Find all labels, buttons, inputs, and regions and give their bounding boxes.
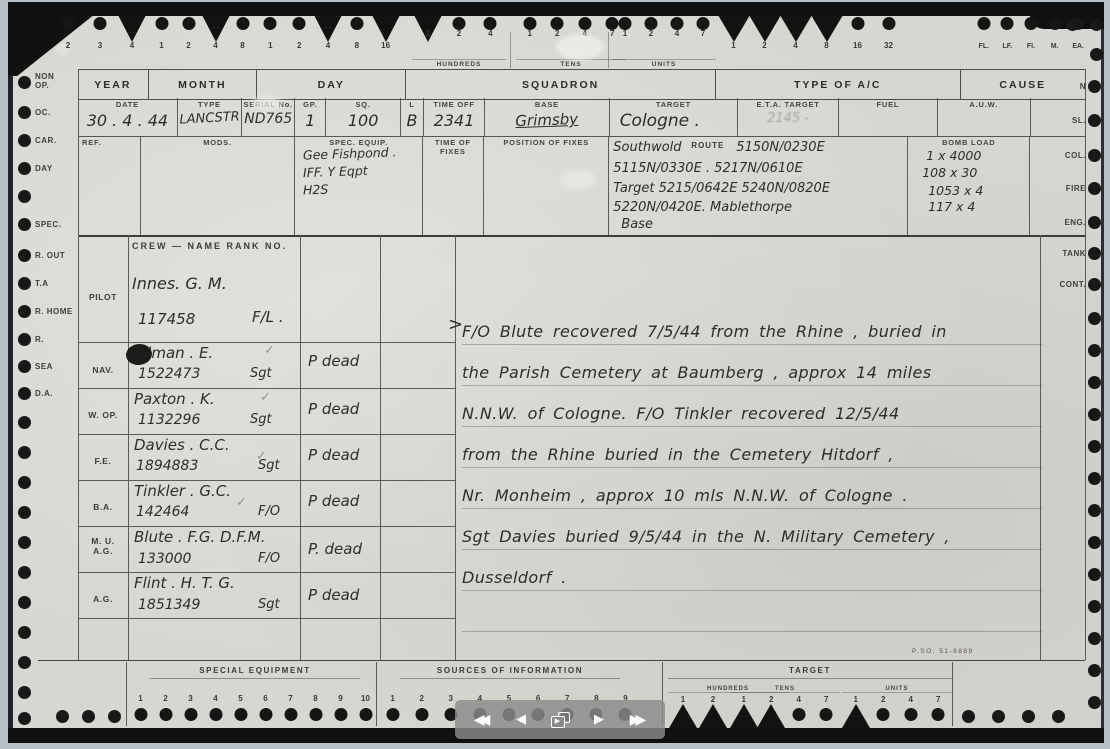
fuel-label: FUEL <box>839 100 937 109</box>
punch-cause-code: EA. <box>1066 43 1090 50</box>
punch-hole <box>264 17 277 30</box>
punch-cause-code: FI. <box>1019 43 1043 50</box>
punch-hole <box>236 17 249 30</box>
serial-value: ND765 <box>242 111 294 127</box>
target-label-bottom: TARGET <box>668 666 952 679</box>
punch-number: 2 <box>175 41 202 50</box>
check-mark: ✓ <box>264 342 275 358</box>
punch-hole <box>209 708 222 721</box>
punch-hole <box>1088 376 1101 389</box>
grid-line <box>952 662 953 726</box>
viewer-toolbar: ◀◀ ◀ ▶ ▶ ▶▶ <box>455 700 665 739</box>
crew-number: 117458 <box>138 310 195 328</box>
punch-hole <box>62 17 75 30</box>
crew-role: B.A. <box>78 502 128 512</box>
route-label: ROUTE <box>691 141 724 150</box>
crew-rank: F/O <box>258 551 280 566</box>
punch-number: 3 <box>178 694 203 703</box>
punch-number: 8 <box>229 41 256 50</box>
margin-label-sl: SL. <box>1052 116 1086 125</box>
punch-hole <box>18 162 31 175</box>
punch-hole <box>1088 664 1101 677</box>
punch-hole <box>1088 114 1101 127</box>
grid-line <box>300 235 301 660</box>
punch-hole <box>18 218 31 231</box>
margin-label-r: R. <box>35 335 44 344</box>
punch-number: 4 <box>116 41 148 50</box>
punch-hole <box>18 626 31 639</box>
check-mark: ✓ <box>236 494 247 510</box>
hundreds-label: HUNDREDS <box>412 59 506 68</box>
margin-label-da: D.A. <box>35 389 53 398</box>
punch-number: 4 <box>785 695 813 704</box>
punch-section-month: 1 2 4 8 <box>148 2 256 52</box>
punch-hole <box>977 17 990 30</box>
narrative-line: Dusseldorf . <box>462 568 567 590</box>
narrative-block: F/O Blute recovered 7/5/44 from the Rhin… <box>462 304 1042 632</box>
punch-number: 2 <box>443 29 474 38</box>
punch-number: 1 <box>718 41 749 50</box>
punch-section-year: 2 3 4 <box>52 2 148 52</box>
punch-hole <box>1001 17 1014 30</box>
margin-label-r-home: R. HOME <box>35 307 73 316</box>
punch-hole <box>18 249 31 262</box>
punch-hole <box>1088 536 1101 549</box>
punch-section-day: 1 2 4 8 16 <box>256 2 400 52</box>
punch-number: 7 <box>925 695 953 704</box>
header-month: MONTH <box>148 70 256 99</box>
punch-hole <box>108 710 121 723</box>
punch-hole <box>18 686 31 699</box>
punch-notch <box>118 15 146 42</box>
date-value: 30 . 4 . 44 <box>78 111 177 130</box>
spec-equip-line: H2S <box>303 182 329 198</box>
punch-number: 9 <box>328 694 353 703</box>
punch-hole <box>134 708 147 721</box>
punch-notch <box>757 704 785 728</box>
punch-hole <box>18 134 31 147</box>
punch-cause-code: FL. <box>972 43 996 50</box>
punch-hole <box>1088 182 1101 195</box>
punch-hole <box>877 708 890 721</box>
punch-notch <box>780 15 812 42</box>
scan-blotch <box>556 34 604 60</box>
mods-label: MODS. <box>141 138 295 147</box>
punch-hole <box>1088 216 1101 229</box>
type-label: TYPE <box>178 100 241 109</box>
punch-hole <box>792 708 805 721</box>
bomb-load-line: 108 x 30 <box>922 165 977 180</box>
punch-hole <box>1088 568 1101 581</box>
punch-number: 6 <box>253 694 278 703</box>
punch-cause-code: LF. <box>996 43 1020 50</box>
crew-rank: Sgt <box>250 366 272 381</box>
route-cell: ROUTE Southwold 5150N/0230E 5115N/0330E … <box>608 136 907 235</box>
crew-status: P dead <box>308 492 359 510</box>
units-label: UNITS <box>612 59 716 68</box>
punch-hole <box>18 416 31 429</box>
crew-name: Flint . H. T. G. <box>134 574 235 592</box>
punch-section-target-units: UNITS 1 2 4 7 <box>842 686 952 734</box>
punch-hole <box>1088 472 1101 485</box>
sources-of-information-label: SOURCES OF INFORMATION <box>400 666 620 679</box>
punch-number: 32 <box>873 41 904 50</box>
crew-number: 1132296 <box>138 412 200 428</box>
scan-blotch <box>560 170 596 190</box>
punch-number: 8 <box>303 694 328 703</box>
punch-hole <box>334 708 347 721</box>
crew-row-line <box>78 526 455 527</box>
punch-number: 1 <box>378 694 407 703</box>
punch-hole <box>184 708 197 721</box>
punch-hole <box>18 387 31 400</box>
crew-status: P dead <box>308 446 359 464</box>
skip-forward-icon: ▶▶ <box>630 712 647 728</box>
punch-hole <box>18 536 31 549</box>
punch-hole <box>1022 710 1035 723</box>
crew-name: Paxton . K. <box>134 390 215 408</box>
punch-hole <box>1088 504 1101 517</box>
crew-status: P dead <box>308 352 359 370</box>
bomb-load-line: 117 x 4 <box>928 199 975 214</box>
punch-number: 1 <box>516 29 544 38</box>
punch-hole <box>18 190 31 203</box>
margin-label-spec: SPEC. <box>35 220 62 229</box>
header-squadron: SQUADRON <box>405 70 714 99</box>
slideshow-button[interactable]: ▶ <box>547 705 573 735</box>
punch-cause-code: M. <box>1043 43 1067 50</box>
punch-notch <box>202 15 230 42</box>
spec-equip-line: Gee Fishpond . <box>303 144 397 162</box>
punch-hole <box>992 710 1005 723</box>
header-day: DAY <box>256 70 405 99</box>
narrative-line: F/O Blute recovered 7/5/44 from the Rhin… <box>462 322 947 344</box>
punch-hole <box>182 17 195 30</box>
punch-hole <box>1088 278 1101 291</box>
group-separator <box>608 32 609 68</box>
narrative-line: N.N.W. of Cologne. F/O Tinkler recovered… <box>462 404 900 426</box>
spec-equip-line: IFF. Y Eqpt <box>303 163 368 180</box>
punch-notch <box>842 704 870 728</box>
narrative-line: the Parish Cemetery at Baumberg , approx… <box>462 363 931 385</box>
margin-label-eng: ENG. <box>1052 218 1086 227</box>
punch-number: 2 <box>870 695 898 704</box>
punch-hole <box>1090 48 1103 61</box>
punch-number: 4 <box>314 41 343 50</box>
position-of-fixes-label: POSITION OF FIXES <box>484 138 608 147</box>
route-line: 5220N/0420E. Mablethorpe <box>613 200 792 215</box>
punch-hole <box>18 712 31 725</box>
margin-label-non-op: NON OP. <box>35 72 54 90</box>
crew-table-header: CREW — NAME RANK NO. <box>132 241 287 251</box>
punch-hole <box>1088 440 1101 453</box>
special-equipment-label: SPECIAL EQUIPMENT <box>150 666 360 679</box>
time-off-label: TIME OFF <box>424 100 484 109</box>
punch-number: 4 <box>475 29 506 38</box>
time-off-value: 2341 <box>424 111 484 130</box>
grid-line <box>455 235 456 660</box>
punch-hole <box>851 17 864 30</box>
l-label: L <box>401 100 423 109</box>
punch-hole <box>1066 18 1079 31</box>
narrative-line: from the Rhine buried in the Cemetery Hi… <box>462 445 894 467</box>
margin-label-tank: TANK <box>1052 249 1086 258</box>
margin-label-day: DAY <box>35 164 53 173</box>
step-back-icon: ◀ <box>516 712 526 727</box>
route-line: Southwold <box>613 140 681 155</box>
card-left-edge <box>8 2 13 741</box>
punch-section-type: 1 2 4 8 16 32 <box>718 2 904 52</box>
punch-number: 10 <box>353 694 378 703</box>
punch-hole <box>1048 17 1061 30</box>
punch-section-target-tens: TENS 1 2 4 7 <box>730 686 840 734</box>
punch-notch <box>718 15 750 42</box>
screen: 2 3 4 1 2 4 8 1 2 4 8 16 1 2 4 HUNDREDS … <box>0 0 1110 749</box>
punch-hole <box>359 708 372 721</box>
crew-name: Blute . F.G. D.F.M. <box>134 528 266 546</box>
crew-role: NAV. <box>78 365 128 375</box>
record-card-scan: 2 3 4 1 2 4 8 1 2 4 8 16 1 2 4 HUNDREDS … <box>8 2 1104 741</box>
route-line: 5115N/0330E . 5217N/0610E <box>613 161 802 176</box>
punch-number: 1 <box>842 695 870 704</box>
margin-label-sea: SEA <box>35 362 53 371</box>
ruled-line <box>462 591 1042 632</box>
crew-name: Innes. G. M. <box>132 274 227 293</box>
punch-hole <box>932 708 945 721</box>
crew-rank: Sgt <box>250 412 272 427</box>
crew-row-line <box>78 480 455 481</box>
crew-row-line <box>78 434 455 435</box>
date-label: DATE <box>78 100 177 109</box>
crew-role: PILOT <box>78 292 128 302</box>
punch-hole <box>386 708 399 721</box>
crew-status: P dead <box>308 400 359 418</box>
punch-hole <box>293 17 306 30</box>
header-year: YEAR <box>78 70 148 99</box>
punch-number: 2 <box>52 41 84 50</box>
bomb-load-line: 1 x 4000 <box>926 148 981 163</box>
play-glyph: ▶ <box>555 718 560 725</box>
margin-label-car: CAR. <box>35 136 57 145</box>
crew-role: W. OP. <box>78 410 128 420</box>
punch-number: 4 <box>202 41 229 50</box>
narrative-marker: > <box>448 314 463 335</box>
punch-notch <box>749 15 781 42</box>
punch-number: 8 <box>811 41 842 50</box>
punch-number: 2 <box>407 694 436 703</box>
auw-label: A.U.W. <box>938 100 1030 109</box>
punch-hole <box>820 708 833 721</box>
crew-row-line <box>78 572 455 573</box>
narrative-line: Sgt Davies buried 9/5/44 in the N. Milit… <box>462 527 950 549</box>
card-right-edge <box>1101 2 1104 741</box>
punch-number: 4 <box>664 29 690 38</box>
punch-hole <box>1088 344 1101 357</box>
punch-number: 7 <box>813 695 841 704</box>
punch-notch <box>811 15 843 42</box>
bomb-load-cell: BOMB LOAD 1 x 4000 108 x 30 1053 x 4 117… <box>907 136 1029 235</box>
form-print-reference: P.SO. 51-6889 <box>912 648 974 655</box>
check-mark: ✓ <box>260 389 271 405</box>
crew-name: Tinkler . G.C. <box>134 482 231 500</box>
punch-number: 2 <box>758 695 786 704</box>
punch-hole <box>882 17 895 30</box>
punch-notch <box>372 15 400 42</box>
eta-target-value: 2145 - <box>738 111 838 126</box>
crew-number: 1894883 <box>136 458 198 474</box>
crew-number: 142464 <box>136 504 189 520</box>
route-line: 5150N/0230E <box>736 140 825 155</box>
punch-section-squadron-units: 1 2 4 7 UNITS <box>612 2 716 68</box>
punch-number: 8 <box>342 41 371 50</box>
eta-target-label: E.T.A. TARGET <box>738 100 838 109</box>
margin-label-n: N <box>1052 82 1086 91</box>
punch-hole <box>234 708 247 721</box>
punch-hole <box>1088 696 1101 709</box>
crew-number: 1522473 <box>138 366 200 382</box>
punch-hole <box>350 17 363 30</box>
punch-hole <box>962 710 975 723</box>
slideshow-front-page: ▶ <box>551 716 565 728</box>
ref-label: REF. <box>78 138 101 147</box>
punch-hole <box>18 476 31 489</box>
slideshow-icon: ▶ <box>551 712 570 728</box>
punch-hole <box>309 708 322 721</box>
punch-hole <box>18 506 31 519</box>
punch-hole <box>18 596 31 609</box>
sq-label: SQ. <box>326 100 400 109</box>
margin-label-cont: CONT. <box>1052 280 1086 289</box>
crew-row-line <box>78 618 455 619</box>
punch-hole <box>284 708 297 721</box>
crew-number: 133000 <box>138 551 191 567</box>
punch-number: 16 <box>371 41 400 50</box>
scan-blotch <box>252 96 282 111</box>
next-page-button[interactable]: ▶ <box>586 705 612 735</box>
gp-label: GP. <box>295 100 325 109</box>
grid-line <box>380 235 381 660</box>
punch-number: 1 <box>412 29 443 38</box>
punch-notch <box>699 704 727 728</box>
skip-back-icon: ◀◀ <box>474 712 491 728</box>
punch-hole <box>1088 149 1101 162</box>
time-of-fixes-label: TIME OF FIXES <box>423 138 484 156</box>
gp-value: 1 <box>295 111 325 130</box>
punch-number: 4 <box>780 41 811 50</box>
punch-number: 1 <box>668 695 698 704</box>
target-value: Cologne . <box>610 111 747 131</box>
first-page-button[interactable]: ◀◀ <box>469 705 495 735</box>
crew-status: P dead <box>308 586 359 604</box>
l-value: B <box>401 111 423 130</box>
margin-label-ta: T.A <box>35 279 49 288</box>
punch-section-squadron-hundreds: 1 2 4 HUNDREDS <box>412 2 506 68</box>
grid-line <box>126 662 127 726</box>
punch-hole <box>1088 247 1101 260</box>
route-line: Base <box>621 217 653 232</box>
crew-role: A.G. <box>78 594 128 604</box>
margin-label-oc: OC. <box>35 108 51 117</box>
narrative-line: Nr. Monheim , approx 10 mls N.N.W. of Co… <box>462 486 908 508</box>
tens-label: TENS <box>516 59 626 68</box>
margin-label-col: COL. <box>1052 151 1086 160</box>
punch-hole <box>56 710 69 723</box>
crew-role: F.E. <box>78 456 128 466</box>
punch-hole <box>18 566 31 579</box>
crew-role: M. U. A.G. <box>78 536 128 556</box>
punch-hole <box>18 656 31 669</box>
margin-label-fire: FIRE <box>1052 184 1086 193</box>
crew-status: P. dead <box>308 540 362 558</box>
grid-line <box>128 235 129 660</box>
section-line <box>38 660 1085 661</box>
punch-number: 7 <box>690 29 716 38</box>
last-page-button[interactable]: ▶▶ <box>625 705 651 735</box>
route-line: Target 5215/0642E 5240N/0820E <box>613 181 830 196</box>
punch-hole <box>18 360 31 373</box>
punch-hole <box>18 76 31 89</box>
punch-number: 1 <box>612 29 638 38</box>
punch-hole <box>415 708 428 721</box>
punch-hole <box>18 277 31 290</box>
punch-hole <box>1052 710 1065 723</box>
punch-hole <box>1088 600 1101 613</box>
base-label: BASE <box>485 100 609 109</box>
target-label: TARGET <box>610 100 737 109</box>
punch-hole <box>1024 17 1037 30</box>
punch-hole <box>155 17 168 30</box>
punch-hole <box>82 710 95 723</box>
punch-number: 2 <box>749 41 780 50</box>
punch-notch <box>314 15 342 42</box>
punch-hole <box>259 708 272 721</box>
punch-hole <box>18 333 31 346</box>
type-value: LANCSTR <box>177 109 241 127</box>
punch-hole <box>159 708 172 721</box>
crew-number: 1851349 <box>138 597 200 613</box>
punch-hole <box>1090 18 1103 31</box>
punch-hole <box>94 17 107 30</box>
punch-number: 1 <box>256 41 285 50</box>
crew-rank: Sgt <box>258 597 280 612</box>
punch-number: 2 <box>285 41 314 50</box>
group-separator <box>510 32 511 68</box>
header-type: TYPE OF A/C <box>715 70 960 99</box>
previous-page-button[interactable]: ◀ <box>508 705 534 735</box>
punch-number: 1 <box>128 694 153 703</box>
sq-value: 100 <box>326 111 400 130</box>
punch-hole <box>1088 632 1101 645</box>
margin-label-r-out: R. OUT <box>35 251 65 260</box>
step-forward-icon: ▶ <box>594 712 604 727</box>
punch-number: 2 <box>638 29 664 38</box>
punch-hole <box>18 446 31 459</box>
punch-number: 5 <box>228 694 253 703</box>
crew-rank: Sgt <box>258 458 280 473</box>
data-row-flight: DATE30 . 4 . 44 TYPELANCSTR SERIAL No.ND… <box>78 98 1085 137</box>
punch-number: 4 <box>203 694 228 703</box>
punch-hole <box>18 305 31 318</box>
bomb-load-line: 1053 x 4 <box>928 183 983 198</box>
punch-hole <box>1088 408 1101 421</box>
punch-section-target-hundreds: HUNDREDS 1 2 <box>668 686 728 734</box>
punch-number: 2 <box>153 694 178 703</box>
punch-notch <box>730 704 758 728</box>
crew-rank: F/O <box>258 504 280 519</box>
crew-rank: F/L . <box>252 308 284 326</box>
punch-number: 3 <box>84 41 116 50</box>
punch-hole <box>904 708 917 721</box>
